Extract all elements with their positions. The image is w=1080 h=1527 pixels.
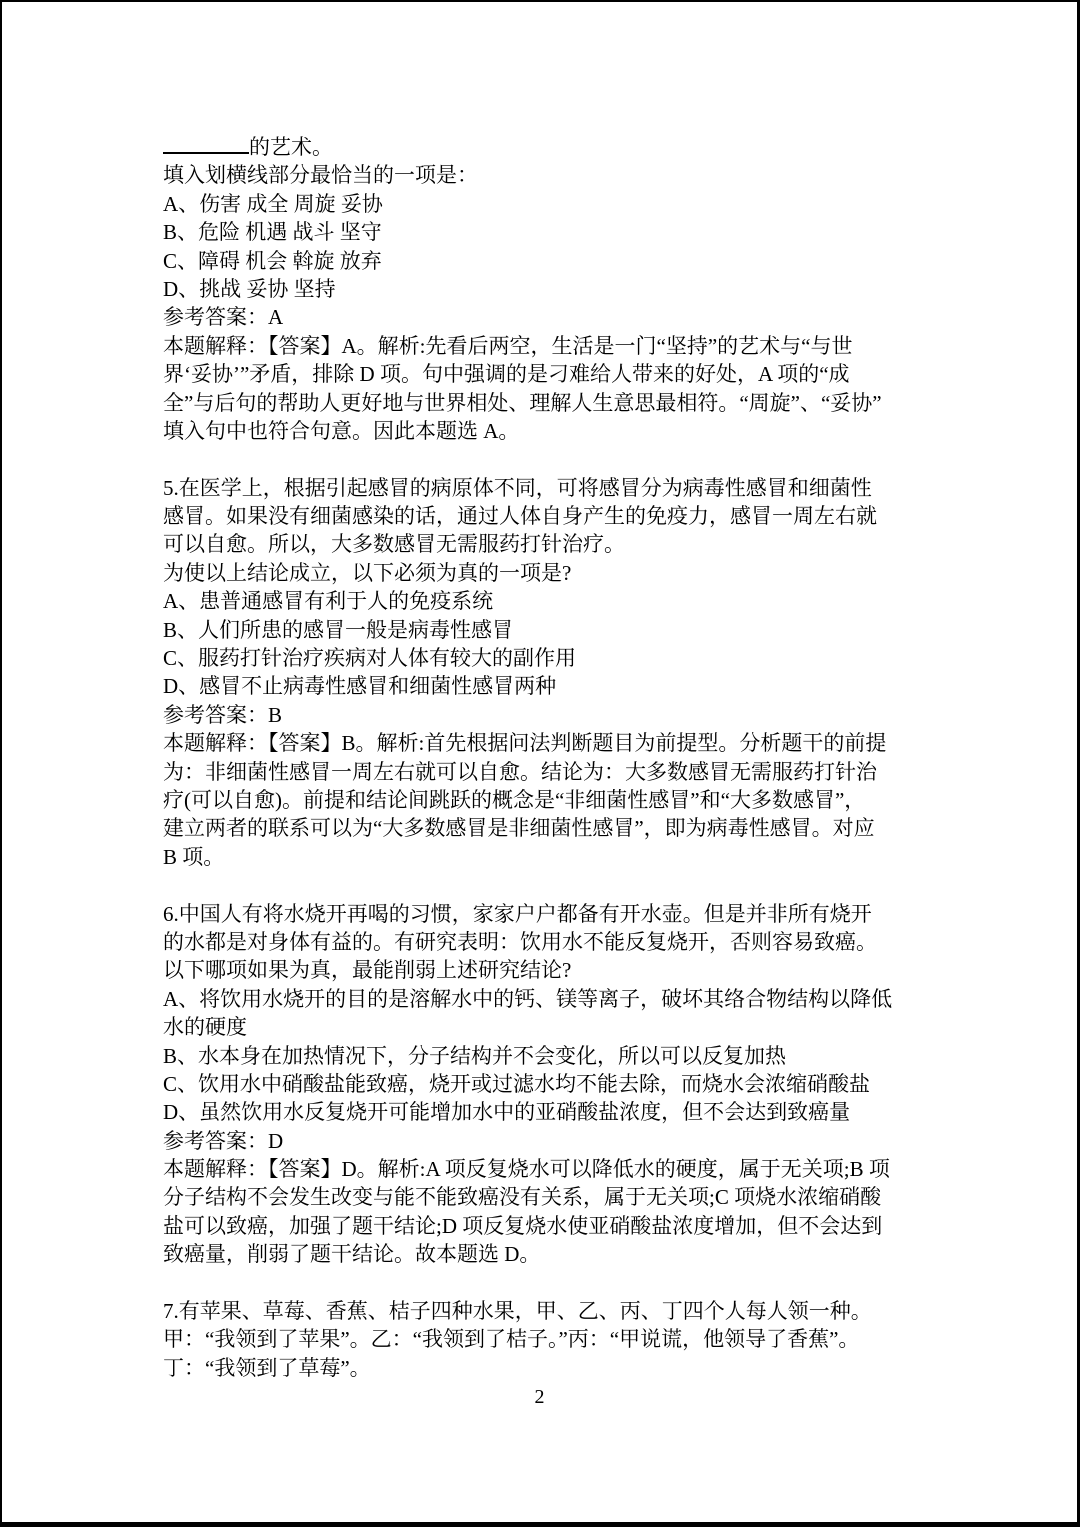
q6-option-a-line-1: A、将饮用水烧开的目的是溶解水中的钙、镁等离子，破坏其络合物结构以降低 (163, 985, 929, 1013)
q4-answer: 参考答案：A (163, 303, 929, 331)
q4-explanation-line: 全”与后句的帮助人更好地与世界相处、理解人生意思最相符。“周旋”、“妥协” (163, 389, 929, 417)
q4-option-a: A、伤害 成全 周旋 妥协 (163, 190, 929, 218)
q4-explanation-line: 界‘妥协’”矛盾，排除 D 项。句中强调的是刁难给人带来的好处，A 项的“成 (163, 360, 929, 388)
q5-option-b: B、人们所患的感冒一般是病毒性感冒 (163, 616, 929, 644)
question-4-block: 的艺术。 填入划横线部分最恰当的一项是： A、伤害 成全 周旋 妥协 B、危险 … (163, 133, 929, 445)
q6-stem-line: 的水都是对身体有益的。有研究表明：饮用水不能反复烧开，否则容易致癌。 (163, 928, 929, 956)
q7-stem-line: 丁：“我领到了草莓”。 (163, 1354, 929, 1382)
q6-explanation-line: 分子结构不会发生改变与能不能致癌没有关系，属于无关项;C 项烧水浓缩硝酸 (163, 1183, 929, 1211)
q4-explanation-line: 本题解释：【答案】A。解析:先看后两空，生活是一门“坚持”的艺术与“与世 (163, 332, 929, 360)
q6-stem-line: 6.中国人有将水烧开再喝的习惯，家家户户都备有开水壶。但是并非所有烧开 (163, 900, 929, 928)
q5-option-d: D、感冒不止病毒性感冒和细菌性感冒两种 (163, 672, 929, 700)
q5-explanation-line: 疗(可以自愈)。前提和结论间跳跃的概念是“非细菌性感冒”和“大多数感冒”， (163, 786, 929, 814)
q6-option-d: D、虽然饮用水反复烧开可能增加水中的亚硝酸盐浓度，但不会达到致癌量 (163, 1098, 929, 1126)
q6-answer: 参考答案：D (163, 1127, 929, 1155)
q6-explanation-line: 本题解释：【答案】D。解析:A 项反复烧水可以降低水的硬度，属于无关项;B 项 (163, 1155, 929, 1183)
q6-explanation-line: 盐可以致癌，加强了题干结论;D 项反复烧水使亚硝酸盐浓度增加，但不会达到 (163, 1212, 929, 1240)
q7-stem-line: 甲：“我领到了苹果”。乙：“我领到了桔子。”丙：“甲说谎，他领导了香蕉”。 (163, 1325, 929, 1353)
q6-explanation-line: 致癌量，削弱了题干结论。故本题选 D。 (163, 1240, 929, 1268)
q5-option-c: C、服药打针治疗疾病对人体有较大的副作用 (163, 644, 929, 672)
q5-stem-line: 感冒。如果没有细菌感染的话，通过人体自身产生的免疫力，感冒一周左右就 (163, 502, 929, 530)
q4-option-b: B、危险 机遇 战斗 坚守 (163, 218, 929, 246)
blank-underline (163, 151, 249, 154)
q5-explanation-line: B 项。 (163, 843, 929, 871)
q6-option-a-line-2: 水的硬度 (163, 1013, 929, 1041)
q4-option-d: D、挑战 妥协 坚持 (163, 275, 929, 303)
q5-stem-line: 5.在医学上，根据引起感冒的病原体不同，可将感冒分为病毒性感冒和细菌性 (163, 474, 929, 502)
q5-explanation-line: 为：非细菌性感冒一周左右就可以自愈。结论为：大多数感冒无需服药打针治 (163, 758, 929, 786)
q4-completion-suffix: 的艺术。 (249, 135, 333, 159)
q5-explanation-line: 建立两者的联系可以为“大多数感冒是非细菌性感冒”，即为病毒性感冒。对应 (163, 814, 929, 842)
q6-option-b: B、水本身在加热情况下，分子结构并不会变化，所以可以反复加热 (163, 1042, 929, 1070)
question-7-block: 7.有苹果、草莓、香蕉、桔子四种水果，甲、乙、丙、丁四个人每人领一种。 甲：“我… (163, 1297, 929, 1382)
q5-question-line: 为使以上结论成立，以下必须为真的一项是? (163, 559, 929, 587)
q5-explanation-line: 本题解释：【答案】B。解析:首先根据问法判断题目为前提型。分析题干的前提 (163, 729, 929, 757)
page-number: 2 (2, 1383, 1077, 1411)
q6-question-line: 以下哪项如果为真，最能削弱上述研究结论? (163, 956, 929, 984)
question-6-block: 6.中国人有将水烧开再喝的习惯，家家户户都备有开水壶。但是并非所有烧开 的水都是… (163, 900, 929, 1269)
q6-option-c: C、饮用水中硝酸盐能致癌，烧开或过滤水均不能去除，而烧水会浓缩硝酸盐 (163, 1070, 929, 1098)
q7-stem-line: 7.有苹果、草莓、香蕉、桔子四种水果，甲、乙、丙、丁四个人每人领一种。 (163, 1297, 929, 1325)
q5-option-a: A、患普通感冒有利于人的免疫系统 (163, 587, 929, 615)
q4-prompt: 填入划横线部分最恰当的一项是： (163, 161, 929, 189)
q5-answer: 参考答案：B (163, 701, 929, 729)
q4-fill-blank-line: 的艺术。 (163, 133, 929, 161)
document-page: 的艺术。 填入划横线部分最恰当的一项是： A、伤害 成全 周旋 妥协 B、危险 … (0, 0, 1080, 1527)
q4-option-c: C、障碍 机会 斡旋 放弃 (163, 247, 929, 275)
q4-explanation-line: 填入句中也符合句意。因此本题选 A。 (163, 417, 929, 445)
page-text: 的艺术。 填入划横线部分最恰当的一项是： A、伤害 成全 周旋 妥协 B、危险 … (163, 133, 929, 1382)
question-5-block: 5.在医学上，根据引起感冒的病原体不同，可将感冒分为病毒性感冒和细菌性 感冒。如… (163, 474, 929, 871)
q5-stem-line: 可以自愈。所以，大多数感冒无需服药打针治疗。 (163, 530, 929, 558)
